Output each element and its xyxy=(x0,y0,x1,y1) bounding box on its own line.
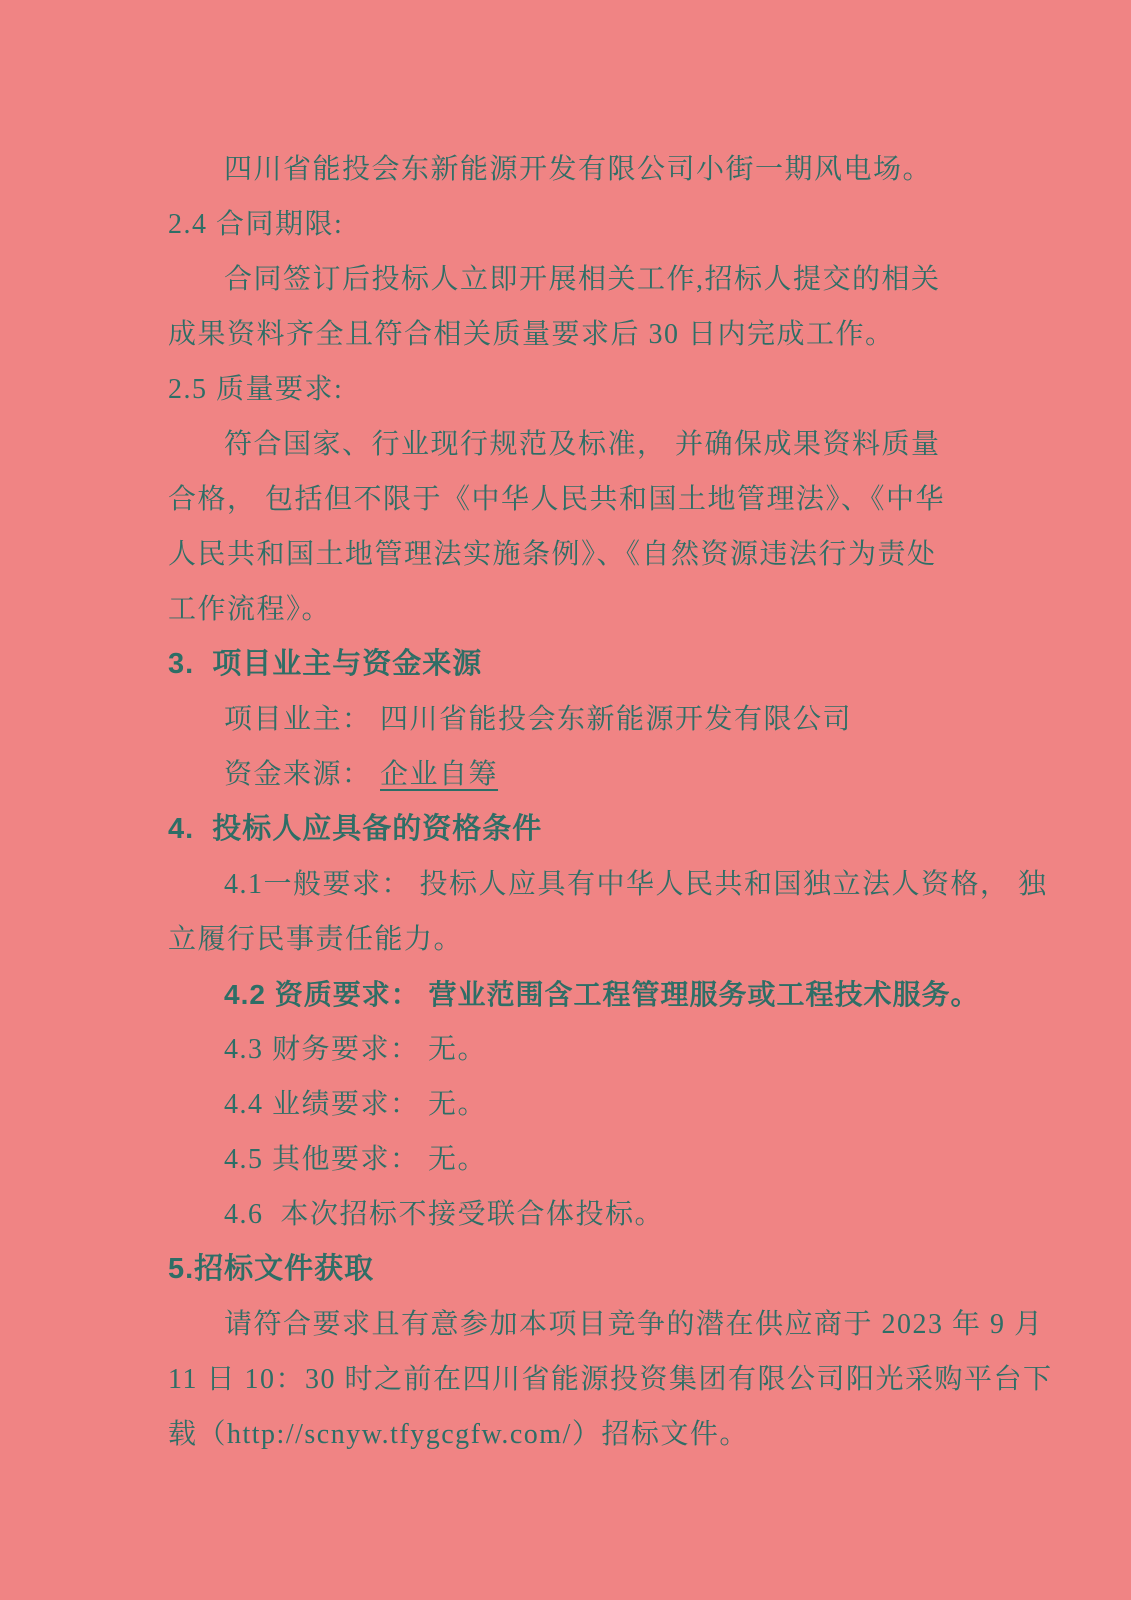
line-contract-period-text-2: 成果资料齐全且符合相关质量要求后 30 日内完成工作。 xyxy=(168,307,973,362)
line-project-owner: 项目业主： 四川省能投会东新能源开发有限公司 xyxy=(168,692,973,747)
line-4-3-financial: 4.3 财务要求： 无。 xyxy=(168,1022,973,1077)
heading-3-owner-and-funding: 3. 项目业主与资金来源 xyxy=(168,637,973,692)
heading-5-document-acquisition: 5.招标文件获取 xyxy=(168,1242,973,1297)
line-4-2-qualification: 4.2 资质要求： 营业范围含工程管理服务或工程技术服务。 xyxy=(168,967,973,1022)
line-4-4-performance: 4.4 业绩要求： 无。 xyxy=(168,1077,973,1132)
funding-source-value: 企业自筹 xyxy=(380,759,498,790)
heading-4-qualification: 4. 投标人应具备的资格条件 xyxy=(168,802,973,857)
line-quality-text-1: 符合国家、行业现行规范及标准， 并确保成果资料质量 xyxy=(168,417,973,472)
line-2-5-quality-requirement: 2.5 质量要求: xyxy=(168,362,973,417)
line-contract-period-text-1: 合同签订后投标人立即开展相关工作,招标人提交的相关 xyxy=(168,252,973,307)
line-5-text-1: 请符合要求且有意参加本项目竞争的潜在供应商于 2023 年 9 月 xyxy=(168,1297,973,1352)
line-4-1-general-1: 4.1一般要求： 投标人应具有中华人民共和国独立法人资格， 独 xyxy=(168,857,973,912)
line-project-name: 四川省能投会东新能源开发有限公司小街一期风电场。 xyxy=(168,142,973,197)
line-5-text-3-with-url: 载（http://scnyw.tfygcgfw.com/）招标文件。 xyxy=(168,1407,973,1462)
line-quality-text-4: 工作流程》。 xyxy=(168,582,973,637)
funding-source-label: 资金来源： xyxy=(224,759,380,790)
line-funding-source: 资金来源： 企业自筹 xyxy=(168,747,973,802)
line-5-text-2: 11 日 10：30 时之前在四川省能源投资集团有限公司阳光采购平台下 xyxy=(168,1352,973,1407)
line-quality-text-3: 人民共和国土地管理法实施条例》、《自然资源违法行为责处 xyxy=(168,527,973,582)
line-2-4-contract-period: 2.4 合同期限: xyxy=(168,197,973,252)
line-quality-text-2: 合格， 包括但不限于《中华人民共和国土地管理法》、《中华 xyxy=(168,472,973,527)
scanned-document-page: 四川省能投会东新能源开发有限公司小街一期风电场。 2.4 合同期限: 合同签订后… xyxy=(0,0,1131,1600)
line-4-6-consortium: 4.6 本次招标不接受联合体投标。 xyxy=(168,1187,973,1242)
line-4-1-general-2: 立履行民事责任能力。 xyxy=(168,912,973,967)
line-4-5-other: 4.5 其他要求： 无。 xyxy=(168,1132,973,1187)
